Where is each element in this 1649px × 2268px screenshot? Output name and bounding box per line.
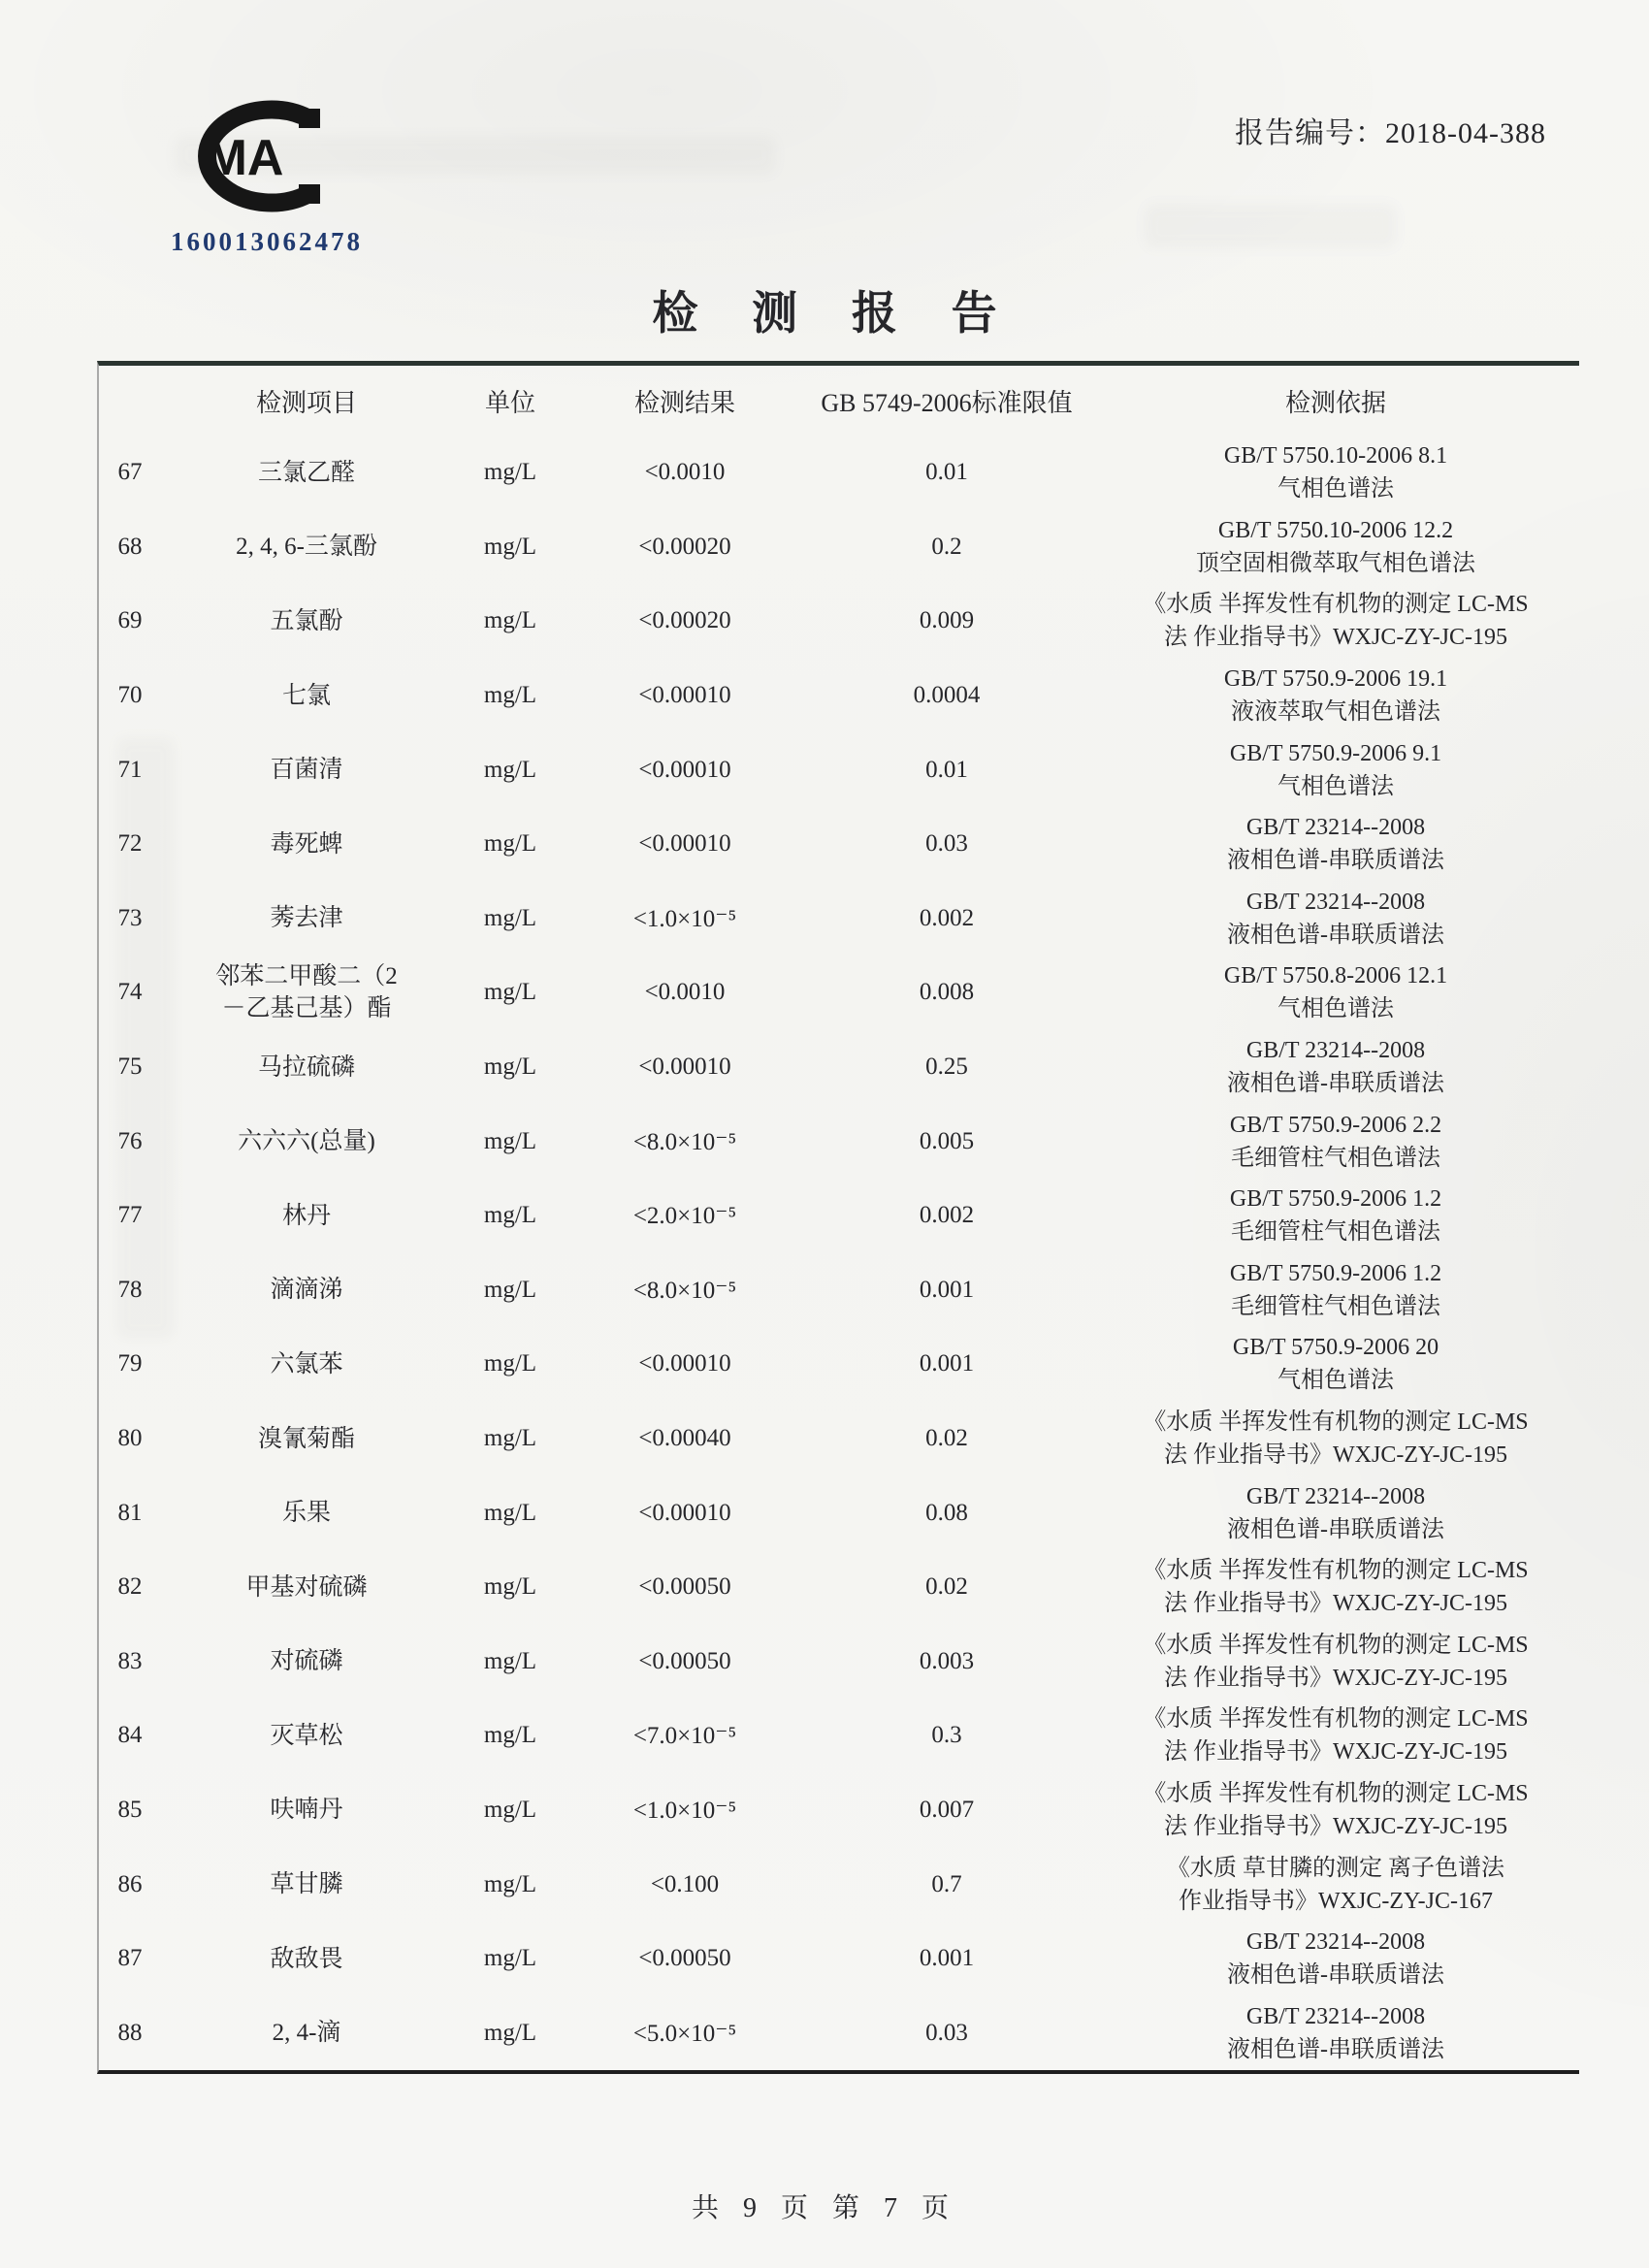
row-basis: GB/T 5750.9-2006 19.1液液萃取气相色谱法	[1092, 663, 1579, 729]
row-limit: 0.3	[801, 1722, 1092, 1749]
row-basis-line: GB/T 5750.9-2006 1.2	[1098, 1183, 1573, 1215]
row-limit: 0.001	[801, 1277, 1092, 1304]
row-basis: GB/T 5750.8-2006 12.1气相色谱法	[1092, 959, 1579, 1025]
table-row: 85 呋喃丹 mg/L <1.0×10⁻⁵ 0.007 《水质 半挥发性有机物的…	[99, 1773, 1579, 1848]
row-result: <0.00010	[568, 830, 801, 858]
row-result: <7.0×10⁻⁵	[568, 1721, 801, 1750]
row-basis: GB/T 23214--2008液相色谱-串联质谱法	[1092, 1034, 1579, 1100]
table-row: 82 甲基对硫磷 mg/L <0.00050 0.02 《水质 半挥发性有机物的…	[99, 1550, 1579, 1625]
row-basis: GB/T 5750.10-2006 8.1气相色谱法	[1092, 439, 1579, 505]
row-limit: 0.03	[801, 830, 1092, 858]
row-item-name: 六六六(总量)	[161, 1125, 452, 1157]
table-row: 78 滴滴涕 mg/L <8.0×10⁻⁵ 0.001 GB/T 5750.9-…	[99, 1253, 1579, 1328]
row-basis-line: 《水质 半挥发性有机物的测定 LC-MS	[1098, 1406, 1573, 1439]
row-item-name: 七氯	[161, 680, 452, 712]
row-basis-line: 《水质 半挥发性有机物的测定 LC-MS	[1098, 1629, 1573, 1662]
row-unit: mg/L	[452, 1053, 568, 1081]
row-unit: mg/L	[452, 1945, 568, 1972]
row-limit: 0.25	[801, 1053, 1092, 1081]
row-item-name: 毒死蜱	[161, 828, 452, 860]
row-unit: mg/L	[452, 1202, 568, 1229]
row-number: 73	[99, 905, 161, 932]
row-result: <0.00010	[568, 1350, 801, 1377]
row-limit: 0.02	[801, 1573, 1092, 1601]
row-unit: mg/L	[452, 757, 568, 784]
row-basis-line: 《水质 半挥发性有机物的测定 LC-MS	[1098, 1777, 1573, 1810]
row-unit: mg/L	[452, 905, 568, 932]
row-limit: 0.002	[801, 905, 1092, 932]
row-basis-line: 气相色谱法	[1098, 770, 1573, 803]
row-basis-line: GB/T 23214--2008	[1098, 886, 1573, 919]
row-unit: mg/L	[452, 979, 568, 1006]
row-result: <0.0010	[568, 459, 801, 486]
row-basis-line: 气相色谱法	[1098, 472, 1573, 505]
row-number: 77	[99, 1202, 161, 1229]
table-header-row: 检测项目 单位 检测结果 GB 5749-2006标准限值 检测依据	[99, 366, 1579, 436]
row-limit: 0.003	[801, 1648, 1092, 1675]
row-limit: 0.002	[801, 1202, 1092, 1229]
row-result: <0.00050	[568, 1648, 801, 1675]
row-basis-line: 液相色谱-串联质谱法	[1098, 1959, 1573, 1992]
row-limit: 0.02	[801, 1425, 1092, 1452]
row-basis-line: GB/T 23214--2008	[1098, 1480, 1573, 1513]
row-basis: 《水质 半挥发性有机物的测定 LC-MS法 作业指导书》WXJC-ZY-JC-1…	[1092, 1702, 1579, 1768]
row-number: 84	[99, 1722, 161, 1749]
row-result: <0.00010	[568, 1500, 801, 1527]
row-limit: 0.001	[801, 1350, 1092, 1377]
row-basis-line: 法 作业指导书》WXJC-ZY-JC-195	[1098, 1810, 1573, 1843]
row-unit: mg/L	[452, 682, 568, 709]
row-limit: 0.7	[801, 1871, 1092, 1898]
row-number: 70	[99, 682, 161, 709]
row-limit: 0.005	[801, 1128, 1092, 1155]
table-row: 77 林丹 mg/L <2.0×10⁻⁵ 0.002 GB/T 5750.9-2…	[99, 1179, 1579, 1253]
row-basis-line: 毛细管柱气相色谱法	[1098, 1290, 1573, 1323]
row-unit: mg/L	[452, 534, 568, 561]
row-result: <0.00050	[568, 1945, 801, 1972]
row-unit: mg/L	[452, 1871, 568, 1898]
row-number: 81	[99, 1500, 161, 1527]
row-result: <1.0×10⁻⁵	[568, 904, 801, 933]
table-row: 68 2, 4, 6-三氯酚 mg/L <0.00020 0.2 GB/T 57…	[99, 510, 1579, 585]
row-result: <8.0×10⁻⁵	[568, 1276, 801, 1305]
row-basis-line: 毛细管柱气相色谱法	[1098, 1142, 1573, 1175]
row-limit: 0.009	[801, 607, 1092, 634]
table-row: 74 邻苯二甲酸二（2－乙基己基）酯 mg/L <0.0010 0.008 GB…	[99, 956, 1579, 1030]
row-basis-line: 作业指导书》WXJC-ZY-JC-167	[1098, 1885, 1573, 1918]
row-basis-line: GB/T 5750.9-2006 1.2	[1098, 1257, 1573, 1290]
row-basis: 《水质 半挥发性有机物的测定 LC-MS法 作业指导书》WXJC-ZY-JC-1…	[1092, 1406, 1579, 1472]
row-number: 88	[99, 2020, 161, 2047]
row-basis: 《水质 半挥发性有机物的测定 LC-MS法 作业指导书》WXJC-ZY-JC-1…	[1092, 1777, 1579, 1843]
row-item-name: 呋喃丹	[161, 1794, 452, 1826]
row-unit: mg/L	[452, 607, 568, 634]
page-footer: 共 9 页 第 7 页	[0, 2187, 1649, 2225]
row-number: 82	[99, 1573, 161, 1601]
row-limit: 0.08	[801, 1500, 1092, 1527]
row-basis: GB/T 23214--2008液相色谱-串联质谱法	[1092, 1926, 1579, 1992]
row-unit: mg/L	[452, 1573, 568, 1601]
row-basis: GB/T 5750.9-2006 1.2毛细管柱气相色谱法	[1092, 1257, 1579, 1323]
page-title: 检 测 报 告	[0, 277, 1649, 342]
row-unit: mg/L	[452, 2020, 568, 2047]
col-header-basis: 检测依据	[1092, 383, 1579, 419]
table-row: 70 七氯 mg/L <0.00010 0.0004 GB/T 5750.9-2…	[99, 659, 1579, 733]
row-unit: mg/L	[452, 1648, 568, 1675]
row-item-name: 百菌清	[161, 754, 452, 786]
report-number: 报告编号：2018-04-388	[1235, 109, 1546, 151]
col-header-item: 检测项目	[161, 383, 452, 419]
row-basis-line: GB/T 5750.8-2006 12.1	[1098, 959, 1573, 992]
row-item-name: 滴滴涕	[161, 1274, 452, 1306]
table-row: 79 六氯苯 mg/L <0.00010 0.001 GB/T 5750.9-2…	[99, 1327, 1579, 1402]
table-row: 72 毒死蜱 mg/L <0.00010 0.03 GB/T 23214--20…	[99, 807, 1579, 882]
table-row: 84 灭草松 mg/L <7.0×10⁻⁵ 0.3 《水质 半挥发性有机物的测定…	[99, 1699, 1579, 1773]
table-row: 88 2, 4-滴 mg/L <5.0×10⁻⁵ 0.03 GB/T 23214…	[99, 1995, 1579, 2070]
row-basis-line: 《水质 半挥发性有机物的测定 LC-MS	[1098, 588, 1573, 621]
row-basis: 《水质 半挥发性有机物的测定 LC-MS法 作业指导书》WXJC-ZY-JC-1…	[1092, 1554, 1579, 1620]
scan-artifact	[1145, 204, 1397, 248]
row-number: 68	[99, 534, 161, 561]
row-item-name: 2, 4-滴	[161, 2017, 452, 2049]
row-basis-line: 《水质 草甘膦的测定 离子色谱法	[1098, 1852, 1573, 1885]
row-item-name: 马拉硫磷	[161, 1052, 452, 1084]
row-basis-line: 气相色谱法	[1098, 1364, 1573, 1397]
row-item-name: 对硫磷	[161, 1645, 452, 1677]
row-item-name: 甲基对硫磷	[161, 1571, 452, 1604]
row-result: <0.00020	[568, 534, 801, 561]
col-header-limit: GB 5749-2006标准限值	[801, 383, 1092, 419]
row-basis-line: 法 作业指导书》WXJC-ZY-JC-195	[1098, 1735, 1573, 1768]
row-unit: mg/L	[452, 1425, 568, 1452]
row-number: 75	[99, 1053, 161, 1081]
results-table: 检测项目 单位 检测结果 GB 5749-2006标准限值 检测依据 67 三氯…	[97, 361, 1579, 2074]
row-limit: 0.0004	[801, 682, 1092, 709]
row-number: 71	[99, 757, 161, 784]
row-number: 86	[99, 1871, 161, 1898]
row-number: 72	[99, 830, 161, 858]
row-item-name: 邻苯二甲酸二（2－乙基己基）酯	[161, 960, 452, 1024]
row-unit: mg/L	[452, 1128, 568, 1155]
table-row: 87 敌敌畏 mg/L <0.00050 0.001 GB/T 23214--2…	[99, 1922, 1579, 1996]
row-basis-line: GB/T 5750.9-2006 9.1	[1098, 737, 1573, 770]
row-number: 79	[99, 1350, 161, 1377]
row-basis-line: GB/T 5750.9-2006 2.2	[1098, 1109, 1573, 1142]
row-basis-line: GB/T 23214--2008	[1098, 1034, 1573, 1067]
row-item-name: 敌敌畏	[161, 1943, 452, 1975]
row-item-name: 草甘膦	[161, 1868, 452, 1900]
row-basis-line: GB/T 5750.9-2006 19.1	[1098, 663, 1573, 696]
row-basis-line: 液液萃取气相色谱法	[1098, 696, 1573, 729]
row-basis-line: GB/T 5750.9-2006 20	[1098, 1331, 1573, 1364]
row-basis: GB/T 5750.9-2006 2.2毛细管柱气相色谱法	[1092, 1109, 1579, 1175]
row-result: <0.00050	[568, 1573, 801, 1601]
row-unit: mg/L	[452, 830, 568, 858]
row-basis-line: GB/T 23214--2008	[1098, 2000, 1573, 2033]
cma-mark: MA 160013062478	[163, 93, 386, 257]
cma-logo-icon: MA	[163, 93, 342, 219]
row-basis-line: 法 作业指导书》WXJC-ZY-JC-195	[1098, 1587, 1573, 1620]
row-basis-line: 《水质 半挥发性有机物的测定 LC-MS	[1098, 1702, 1573, 1735]
row-number: 78	[99, 1277, 161, 1304]
row-result: <5.0×10⁻⁵	[568, 2019, 801, 2048]
row-result: <0.00020	[568, 607, 801, 634]
cma-cert-number: 160013062478	[171, 227, 386, 257]
row-number: 83	[99, 1648, 161, 1675]
table-row: 67 三氯乙醛 mg/L <0.0010 0.01 GB/T 5750.10-2…	[99, 436, 1579, 510]
row-item-name: 三氯乙醛	[161, 457, 452, 489]
row-basis-line: 液相色谱-串联质谱法	[1098, 919, 1573, 952]
cma-logo-letters: MA	[206, 130, 284, 186]
row-unit: mg/L	[452, 1350, 568, 1377]
report-page: MA 160013062478 报告编号：2018-04-388 检 测 报 告…	[0, 0, 1649, 2268]
table-row: 69 五氯酚 mg/L <0.00020 0.009 《水质 半挥发性有机物的测…	[99, 584, 1579, 659]
table-row: 81 乐果 mg/L <0.00010 0.08 GB/T 23214--200…	[99, 1475, 1579, 1550]
row-basis: GB/T 23214--2008液相色谱-串联质谱法	[1092, 1480, 1579, 1546]
row-number: 87	[99, 1945, 161, 1972]
row-basis-line: 法 作业指导书》WXJC-ZY-JC-195	[1098, 621, 1573, 654]
row-number: 80	[99, 1425, 161, 1452]
row-basis-line: GB/T 23214--2008	[1098, 811, 1573, 844]
row-result: <2.0×10⁻⁵	[568, 1201, 801, 1230]
row-result: <0.00040	[568, 1425, 801, 1452]
row-basis-line: 气相色谱法	[1098, 992, 1573, 1025]
row-result: <0.0010	[568, 979, 801, 1006]
row-basis-line: 毛细管柱气相色谱法	[1098, 1215, 1573, 1248]
col-header-result: 检测结果	[568, 383, 801, 419]
row-item-name: 灭草松	[161, 1720, 452, 1752]
row-item-name: 林丹	[161, 1200, 452, 1232]
row-basis-line: GB/T 5750.10-2006 12.2	[1098, 514, 1573, 547]
row-basis: GB/T 5750.9-2006 20气相色谱法	[1092, 1331, 1579, 1397]
row-number: 85	[99, 1797, 161, 1824]
row-basis-line: 法 作业指导书》WXJC-ZY-JC-195	[1098, 1439, 1573, 1472]
row-limit: 0.03	[801, 2020, 1092, 2047]
row-unit: mg/L	[452, 459, 568, 486]
row-result: <0.00010	[568, 757, 801, 784]
row-number: 76	[99, 1128, 161, 1155]
row-basis-line: GB/T 23214--2008	[1098, 1926, 1573, 1959]
row-limit: 0.01	[801, 757, 1092, 784]
row-basis: GB/T 23214--2008液相色谱-串联质谱法	[1092, 886, 1579, 952]
row-basis-line: GB/T 5750.10-2006 8.1	[1098, 439, 1573, 472]
row-item-name: 2, 4, 6-三氯酚	[161, 531, 452, 563]
row-basis-line: 液相色谱-串联质谱法	[1098, 1513, 1573, 1546]
table-row: 73 莠去津 mg/L <1.0×10⁻⁵ 0.002 GB/T 23214--…	[99, 882, 1579, 956]
row-result: <1.0×10⁻⁵	[568, 1796, 801, 1825]
row-unit: mg/L	[452, 1277, 568, 1304]
row-unit: mg/L	[452, 1500, 568, 1527]
row-basis-line: 液相色谱-串联质谱法	[1098, 1067, 1573, 1100]
row-result: <0.00010	[568, 682, 801, 709]
row-unit: mg/L	[452, 1797, 568, 1824]
row-limit: 0.001	[801, 1945, 1092, 1972]
row-number: 69	[99, 607, 161, 634]
row-unit: mg/L	[452, 1722, 568, 1749]
row-basis-line: 液相色谱-串联质谱法	[1098, 844, 1573, 877]
row-item-name: 溴氰菊酯	[161, 1423, 452, 1455]
table-body: 67 三氯乙醛 mg/L <0.0010 0.01 GB/T 5750.10-2…	[99, 436, 1579, 2070]
row-basis: GB/T 5750.9-2006 9.1气相色谱法	[1092, 737, 1579, 803]
row-basis: GB/T 23214--2008液相色谱-串联质谱法	[1092, 811, 1579, 877]
row-basis: GB/T 5750.10-2006 12.2顶空固相微萃取气相色谱法	[1092, 514, 1579, 580]
row-basis: 《水质 半挥发性有机物的测定 LC-MS法 作业指导书》WXJC-ZY-JC-1…	[1092, 588, 1579, 654]
row-result: <8.0×10⁻⁵	[568, 1127, 801, 1156]
col-header-unit: 单位	[452, 383, 568, 419]
table-row: 86 草甘膦 mg/L <0.100 0.7 《水质 草甘膦的测定 离子色谱法作…	[99, 1847, 1579, 1922]
table-row: 83 对硫磷 mg/L <0.00050 0.003 《水质 半挥发性有机物的测…	[99, 1625, 1579, 1700]
row-number: 67	[99, 459, 161, 486]
row-result: <0.100	[568, 1871, 801, 1898]
table-row: 71 百菌清 mg/L <0.00010 0.01 GB/T 5750.9-20…	[99, 732, 1579, 807]
row-item-name: 莠去津	[161, 902, 452, 934]
row-result: <0.00010	[568, 1053, 801, 1081]
row-limit: 0.2	[801, 534, 1092, 561]
table-row: 75 马拉硫磷 mg/L <0.00010 0.25 GB/T 23214--2…	[99, 1030, 1579, 1105]
row-basis-line: 《水质 半挥发性有机物的测定 LC-MS	[1098, 1554, 1573, 1587]
row-basis: 《水质 草甘膦的测定 离子色谱法作业指导书》WXJC-ZY-JC-167	[1092, 1852, 1579, 1918]
table-row: 80 溴氰菊酯 mg/L <0.00040 0.02 《水质 半挥发性有机物的测…	[99, 1402, 1579, 1476]
row-limit: 0.01	[801, 459, 1092, 486]
table-row: 76 六六六(总量) mg/L <8.0×10⁻⁵ 0.005 GB/T 575…	[99, 1104, 1579, 1179]
row-basis-line: 法 作业指导书》WXJC-ZY-JC-195	[1098, 1662, 1573, 1695]
row-number: 74	[99, 979, 161, 1006]
row-basis-line: 液相色谱-串联质谱法	[1098, 2033, 1573, 2066]
row-basis: 《水质 半挥发性有机物的测定 LC-MS法 作业指导书》WXJC-ZY-JC-1…	[1092, 1629, 1579, 1695]
row-item-name: 乐果	[161, 1497, 452, 1529]
row-item-name: 五氯酚	[161, 605, 452, 637]
row-basis: GB/T 5750.9-2006 1.2毛细管柱气相色谱法	[1092, 1183, 1579, 1248]
row-limit: 0.008	[801, 979, 1092, 1006]
row-limit: 0.007	[801, 1797, 1092, 1824]
row-item-name: 六氯苯	[161, 1348, 452, 1380]
row-basis-line: 顶空固相微萃取气相色谱法	[1098, 547, 1573, 580]
row-basis: GB/T 23214--2008液相色谱-串联质谱法	[1092, 2000, 1579, 2066]
